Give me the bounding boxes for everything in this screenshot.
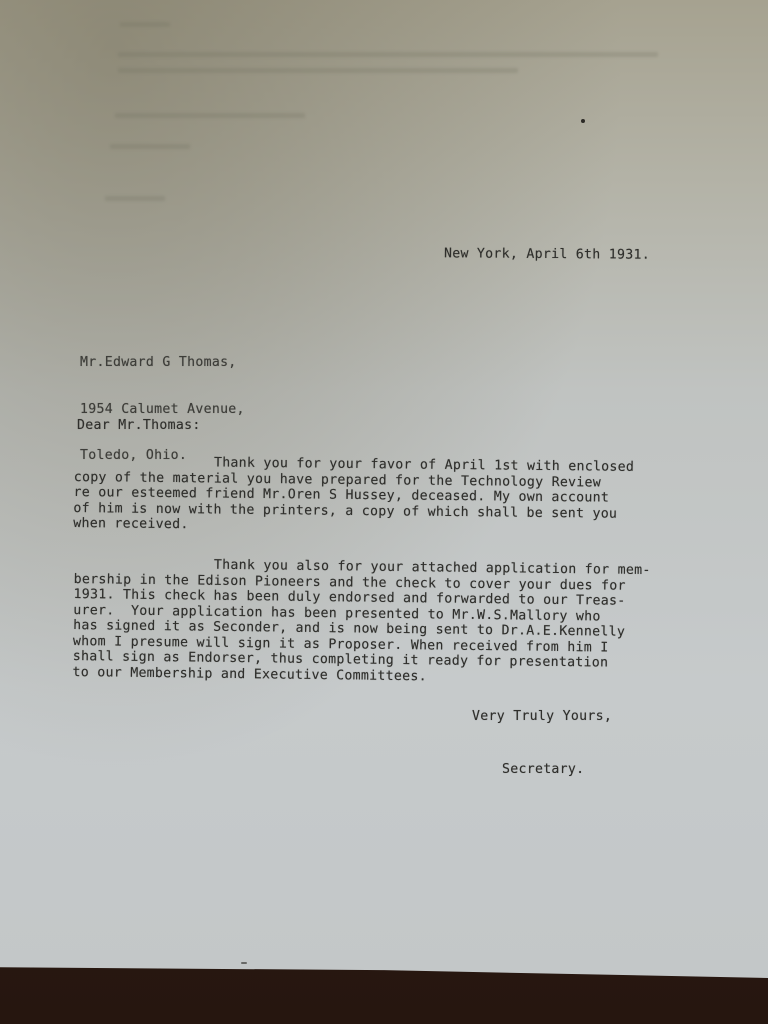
ink-speck <box>581 119 585 123</box>
bleed-through-mark <box>118 52 658 57</box>
bleed-through-mark <box>115 113 305 118</box>
ink-speck <box>241 962 247 964</box>
body-paragraph-1: Thank you for your favor of April 1st wi… <box>73 454 746 539</box>
address-line: Mr.Edward G Thomas, <box>80 355 245 371</box>
bleed-through-mark <box>120 22 170 27</box>
bleed-through-mark <box>105 196 165 201</box>
photo-scene: New York, April 6th 1931. Mr.Edward G Th… <box>0 0 768 1024</box>
address-line: 1954 Calumet Avenue, <box>80 402 245 418</box>
body-paragraph-2: Thank you also for your attached applica… <box>72 556 745 688</box>
dateline: New York, April 6th 1931. <box>444 246 650 263</box>
closing: Very Truly Yours, <box>472 709 612 724</box>
letter-paper: New York, April 6th 1931. Mr.Edward G Th… <box>0 0 768 978</box>
bleed-through-mark <box>118 68 518 73</box>
bleed-through-mark <box>110 144 190 149</box>
signature-title: Secretary. <box>502 762 584 777</box>
salutation: Dear Mr.Thomas: <box>77 418 201 433</box>
